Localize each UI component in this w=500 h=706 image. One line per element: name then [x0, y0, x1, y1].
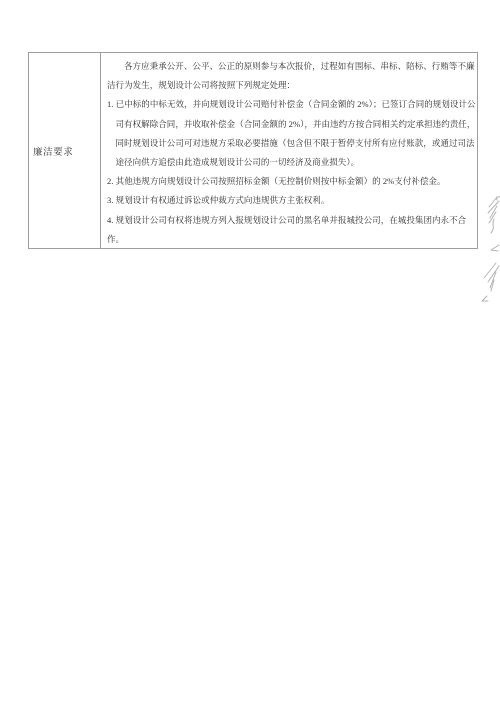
content-line: 2. 其他违规方向规划设计公司按照招标金额（无控制价则按中标金额）的 2%支付补… [107, 172, 475, 191]
table-content-cell: 各方应秉承公开、公平、公正的原则参与本次报价，过程如有围标、串标、陪标、行贿等不… [101, 53, 477, 248]
content-line: 同时规划设计公司可对违规方采取必要措施（包含但不限于暂停支付所有应付账款，或通过… [116, 134, 476, 153]
row-label: 廉洁要求 [33, 144, 73, 158]
content-line: 途径向供方追偿由此造成规划设计公司的一切经济及商业损失）。 [116, 153, 476, 172]
content-line: 洁行为发生，规划设计公司将按照下列规定处理： [107, 76, 475, 95]
scanned-document-page: 廉洁要求 各方应秉承公开、公平、公正的原则参与本次报价，过程如有围标、串标、陪标… [0, 0, 500, 706]
handwritten-scribble-icon [479, 260, 500, 304]
content-line: 司有权解除合同，并收取补偿金（合同金额的 2%），并由违约方按合同相关约定承担违… [116, 115, 476, 134]
content-line: 各方应秉承公开、公平、公正的原则参与本次报价，过程如有围标、串标、陪标、行贿等不… [124, 57, 475, 76]
content-line: 作。 [107, 230, 475, 248]
content-line: 4. 规划设计公司有权将违规方列入报规划设计公司的黑名单并报城投公司，在城投集团… [107, 211, 475, 230]
content-line: 1. 已中标的中标无效，并向规划设计公司赔付补偿金（合同金额的 2%）；已签订合… [107, 95, 475, 114]
handwritten-tick-icon [489, 242, 500, 254]
handwritten-scribble-icon [482, 195, 500, 237]
content-line: 3. 规划设计有权通过诉讼或仲裁方式向违规供方主张权利。 [107, 191, 475, 210]
table-row-header-cell: 廉洁要求 [29, 53, 101, 248]
integrity-requirements-table: 廉洁要求 各方应秉承公开、公平、公正的原则参与本次报价，过程如有围标、串标、陪标… [28, 52, 478, 249]
